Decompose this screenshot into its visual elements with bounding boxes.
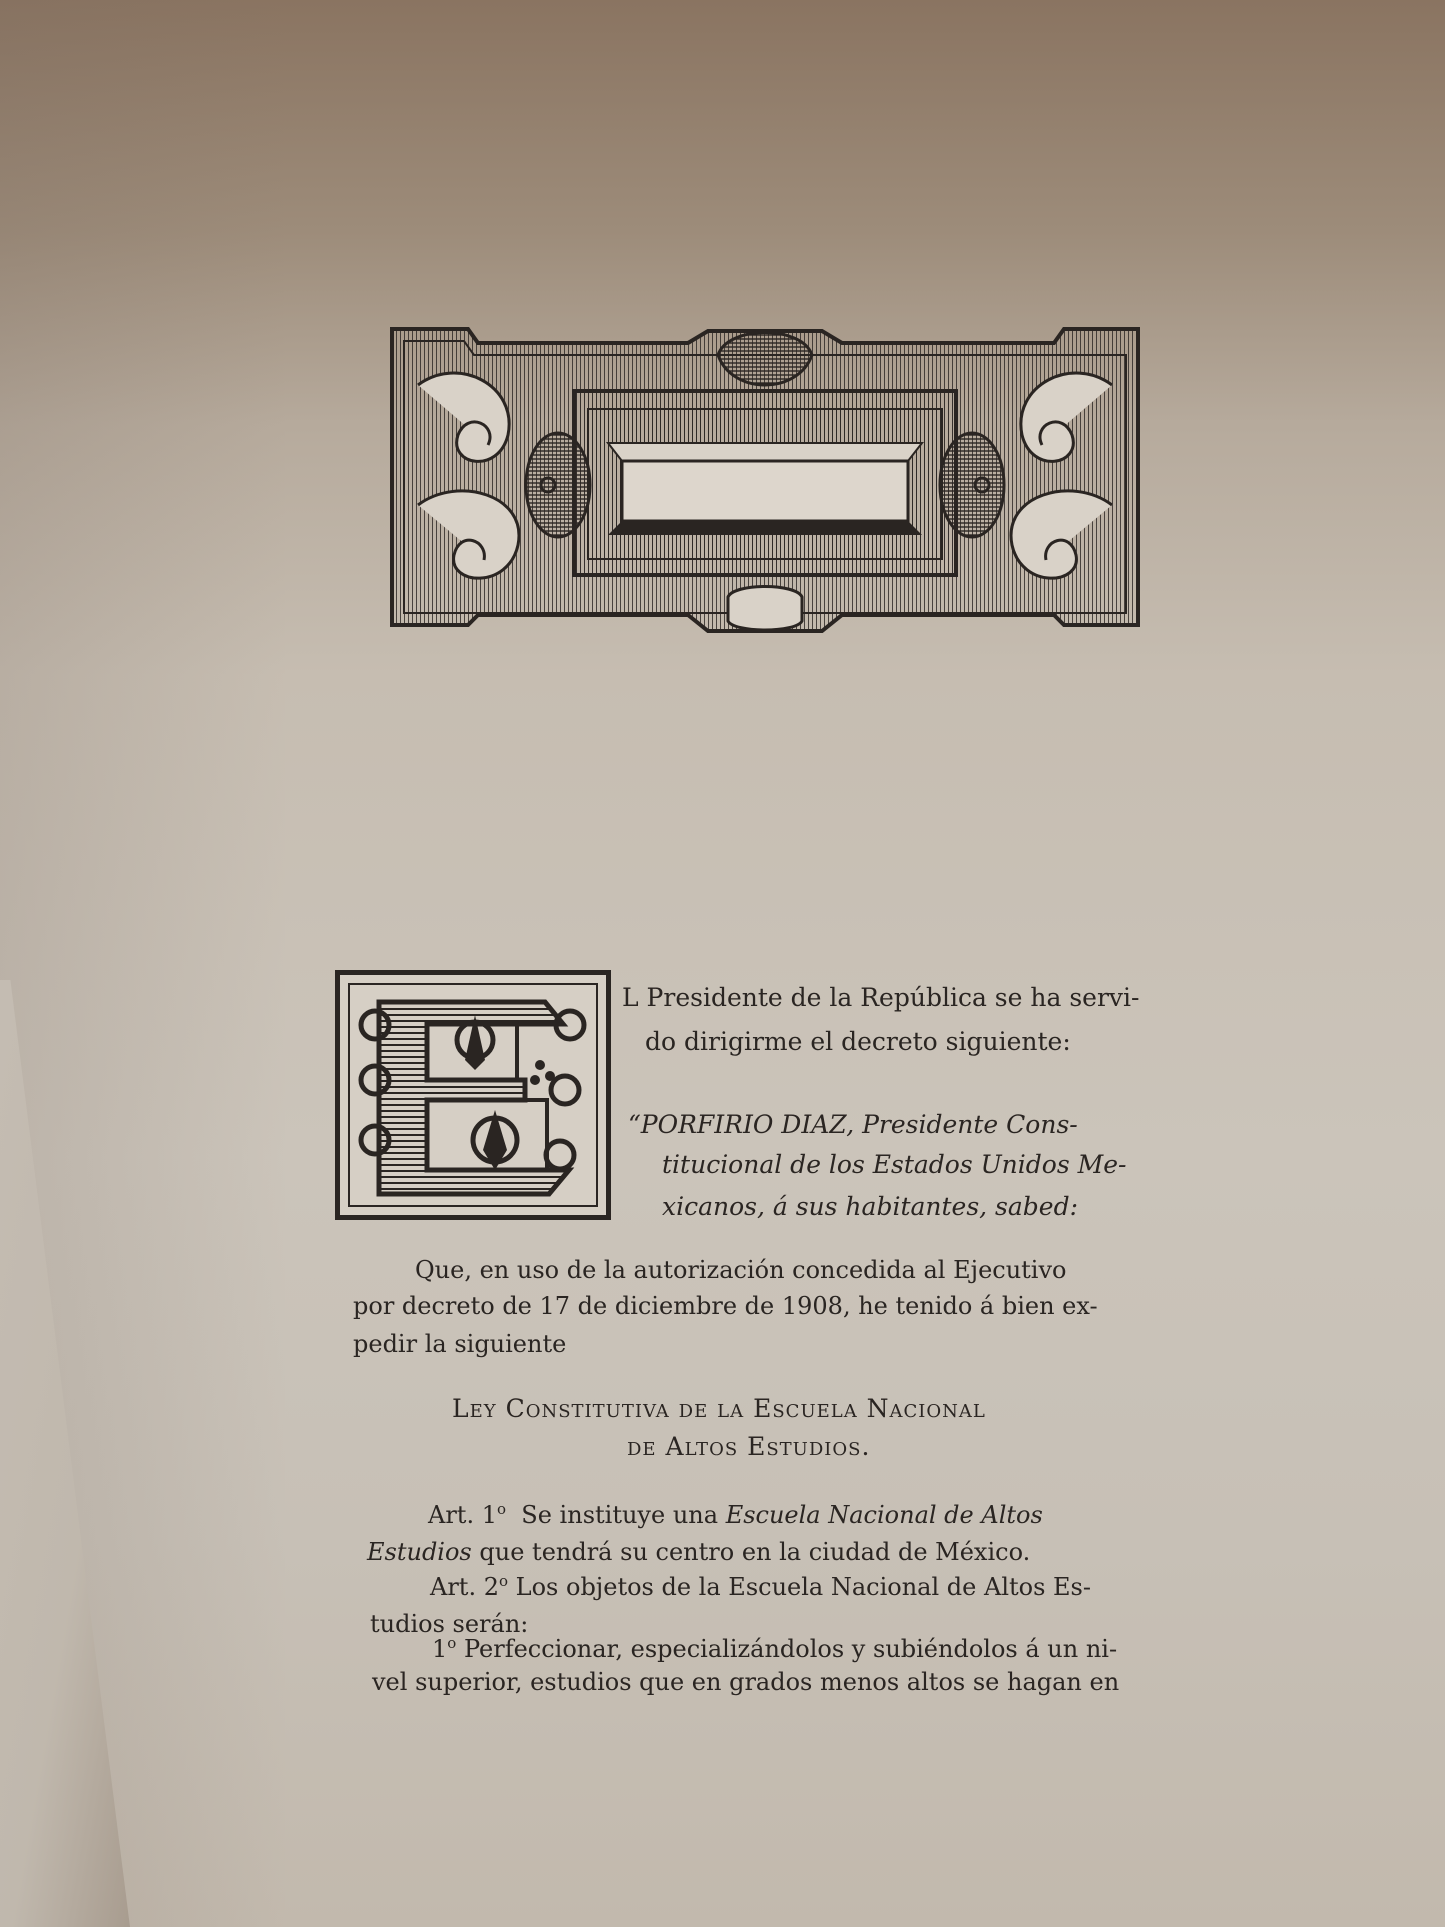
law-title-line-1: Ley Constitutiva de la Escuela Nacional	[452, 1394, 986, 1423]
article-1-line-1: Art. 1o Se instituye una Escuela Naciona…	[428, 1500, 1043, 1529]
paragraph-line-3: pedir la siguiente	[353, 1330, 566, 1358]
intro-line-1: L Presidente de la República se ha servi…	[622, 983, 1139, 1012]
item-1-line-2: vel superior, estudios que en grados men…	[372, 1668, 1119, 1696]
proclamation-line-3: xicanos, á sus habitantes, sabed:	[662, 1192, 1078, 1221]
cartouche-ornament-icon	[388, 325, 1142, 635]
proclamation-name: “PORFIRIO DIAZ,	[628, 1110, 854, 1139]
proclamation-line-2: titucional de los Estados Unidos Me-	[662, 1150, 1126, 1179]
article-2-line-1: Art. 2o Los objetos de la Escuela Nacion…	[430, 1572, 1091, 1601]
paragraph-line-2: por decreto de 17 de diciembre de 1908, …	[353, 1292, 1098, 1320]
article-2-label: Art. 2	[430, 1573, 499, 1601]
proclamation-line-1: “PORFIRIO DIAZ, Presidente Cons-	[628, 1110, 1078, 1139]
article-1-italic: Escuela Nacional de Altos	[726, 1501, 1043, 1529]
intro-line-2: do dirigirme el decreto siguiente:	[645, 1027, 1071, 1056]
article-1-label: Art. 1	[428, 1501, 497, 1529]
paragraph-line-1: Que, en uso de la autorización concedida…	[415, 1256, 1067, 1284]
law-title-line-2: de Altos Estudios.	[627, 1432, 870, 1461]
drop-cap-e-icon	[335, 970, 611, 1220]
left-page-edge	[0, 980, 130, 1927]
article-1-line-2: Estudios que tendrá su centro en la ciud…	[367, 1538, 1030, 1566]
proclamation-title: Presidente Cons-	[862, 1110, 1078, 1139]
item-1-line-1: 1o Perfeccionar, especializándolos y sub…	[432, 1634, 1117, 1663]
